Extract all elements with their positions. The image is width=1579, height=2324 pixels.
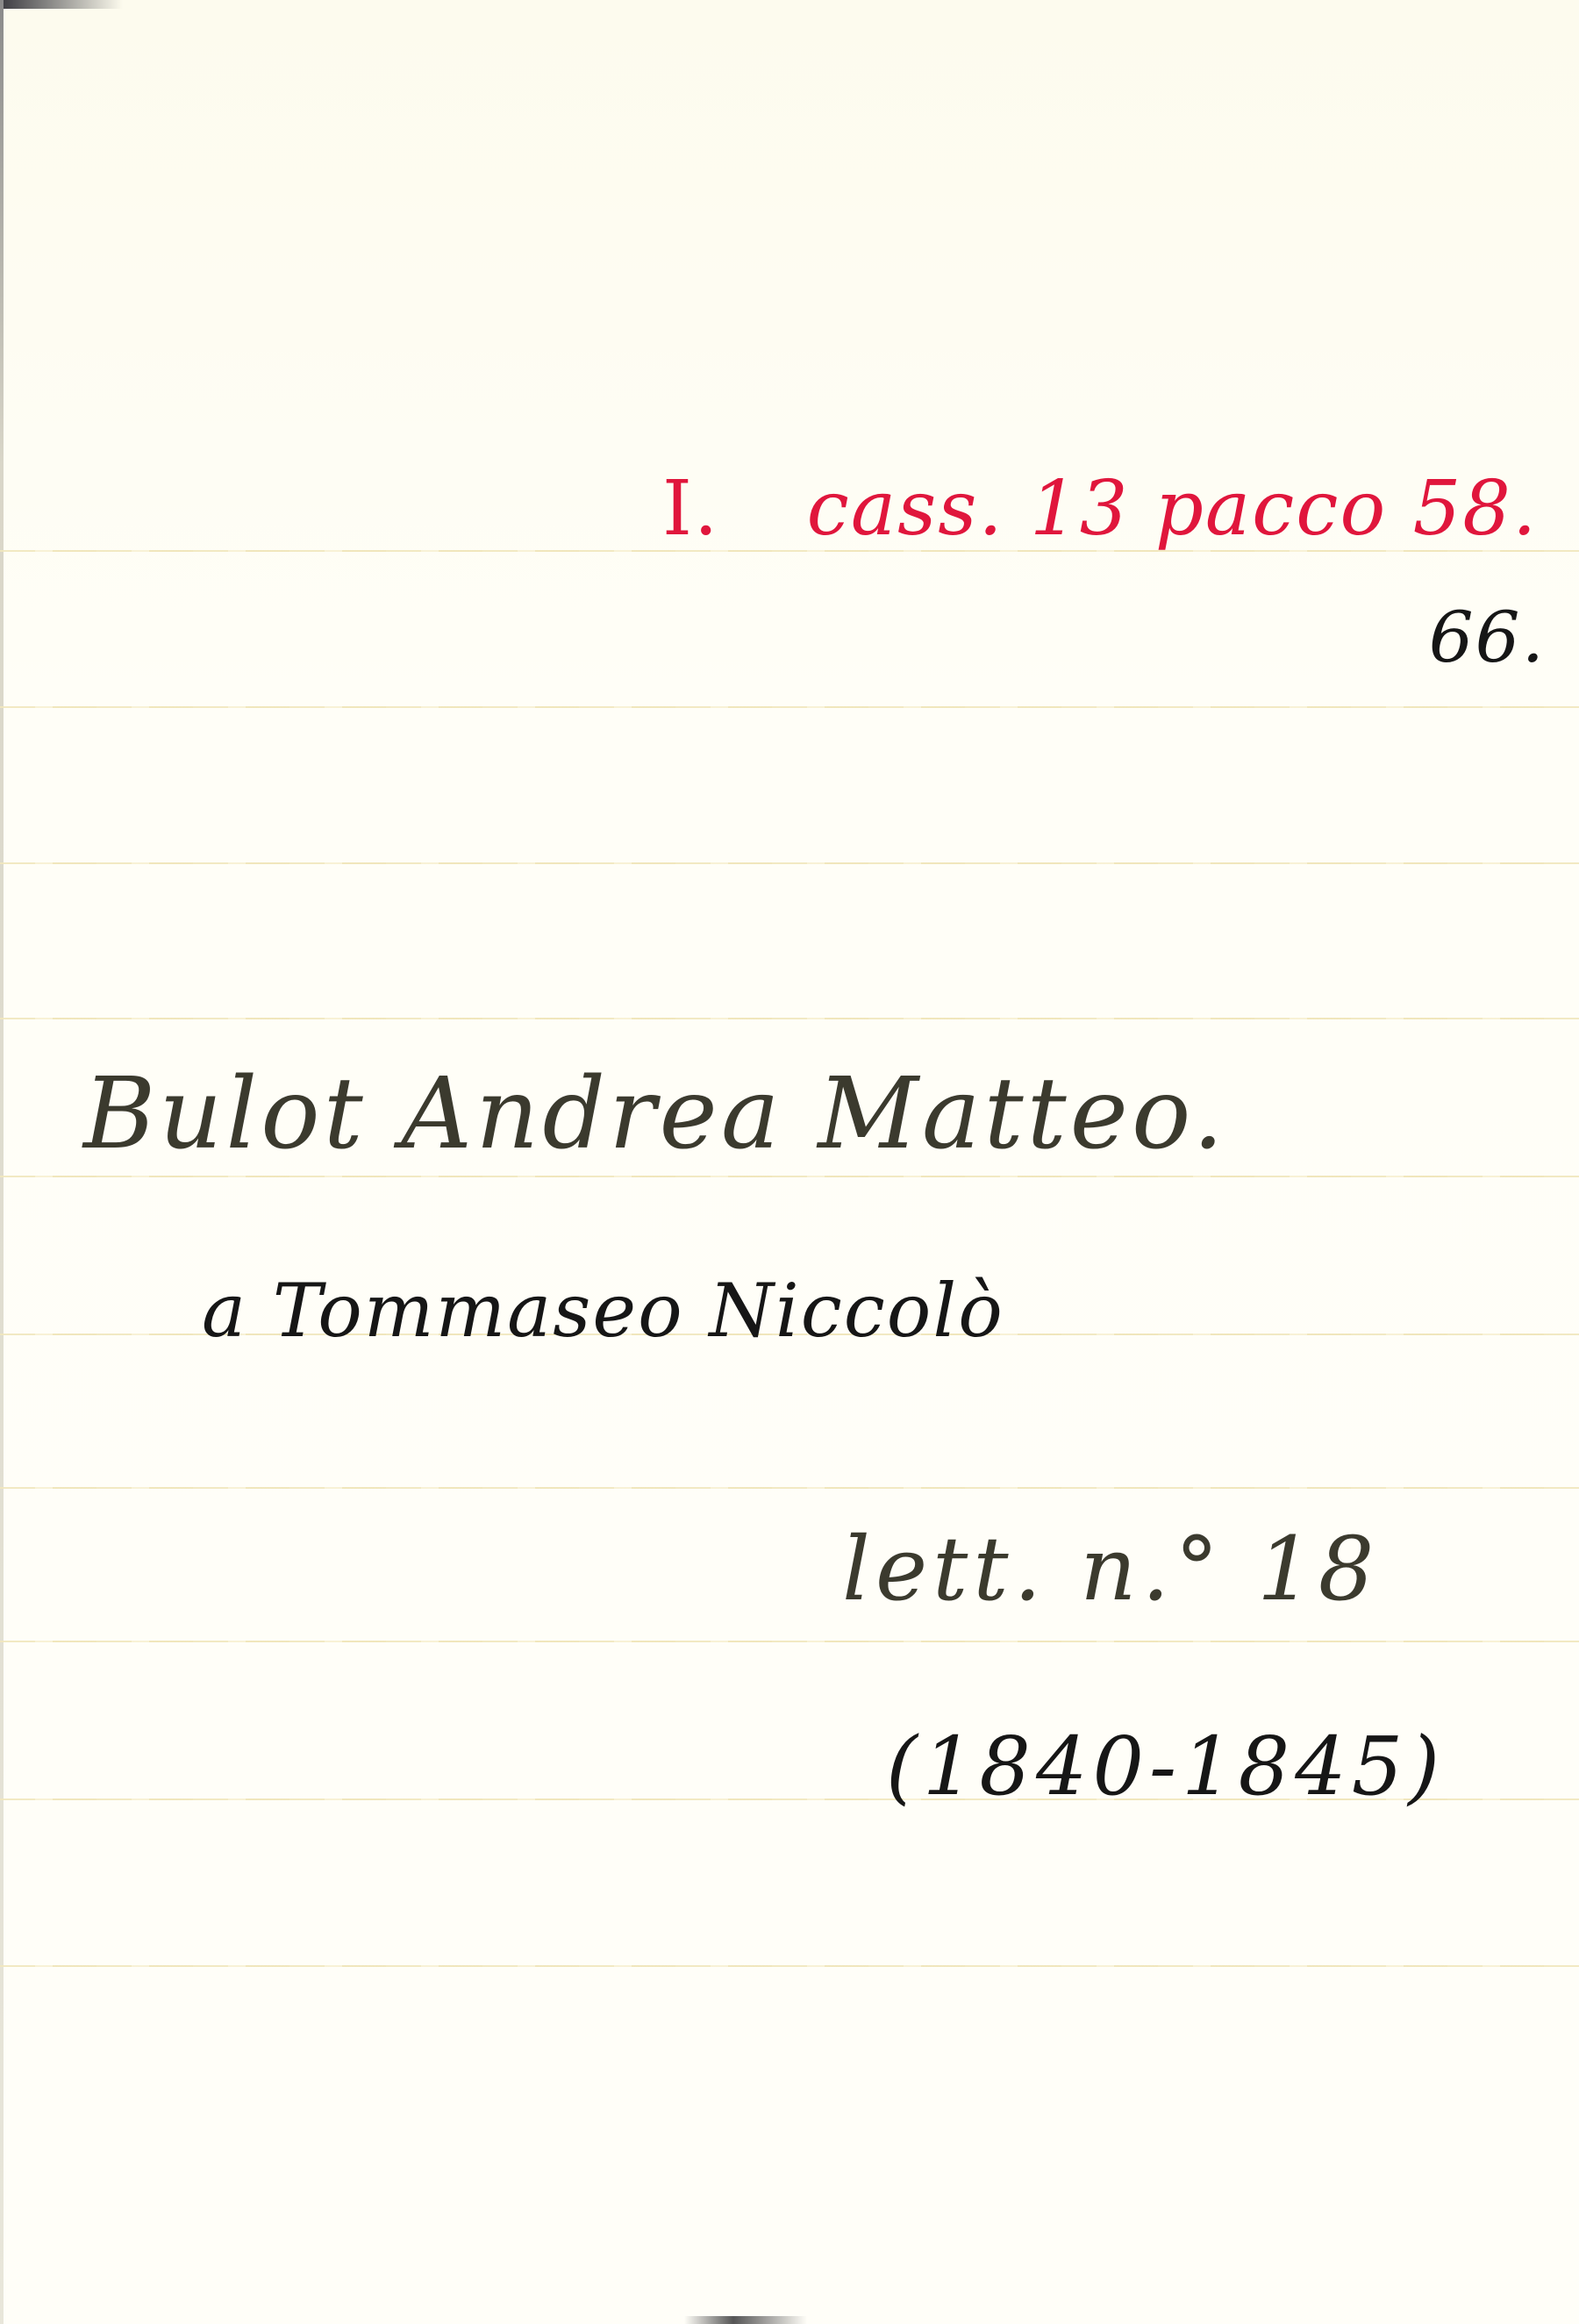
archive-reference: I. cass. 13 pacco 58. [662, 465, 1538, 553]
ruled-line [0, 1487, 1579, 1489]
ruled-line [0, 1965, 1579, 1967]
ruled-line [0, 1176, 1579, 1177]
sender-name: Bulot Andrea Matteo. [83, 1057, 1227, 1171]
date-range: (1840-1845) [886, 1720, 1445, 1813]
ruled-line [0, 862, 1579, 864]
index-card: I. cass. 13 pacco 58. 66. Bulot Andrea M… [0, 0, 1579, 2324]
ruled-line [0, 1641, 1579, 1642]
letter-count: lett. n.° 18 [842, 1518, 1379, 1620]
box-label: cass. 13 [807, 465, 1130, 553]
ruled-line [0, 706, 1579, 708]
recipient-name: a Tommaseo Niccolò [202, 1268, 1004, 1354]
ruled-line [0, 1018, 1579, 1019]
bundle-label: pacco 58. [1155, 465, 1539, 553]
card-bottom-edge-shadow [684, 2316, 807, 2324]
series-number: I. [662, 465, 719, 553]
card-top-edge-shadow [0, 0, 123, 9]
folder-number: 66. [1429, 597, 1546, 678]
card-left-edge [0, 0, 4, 2324]
